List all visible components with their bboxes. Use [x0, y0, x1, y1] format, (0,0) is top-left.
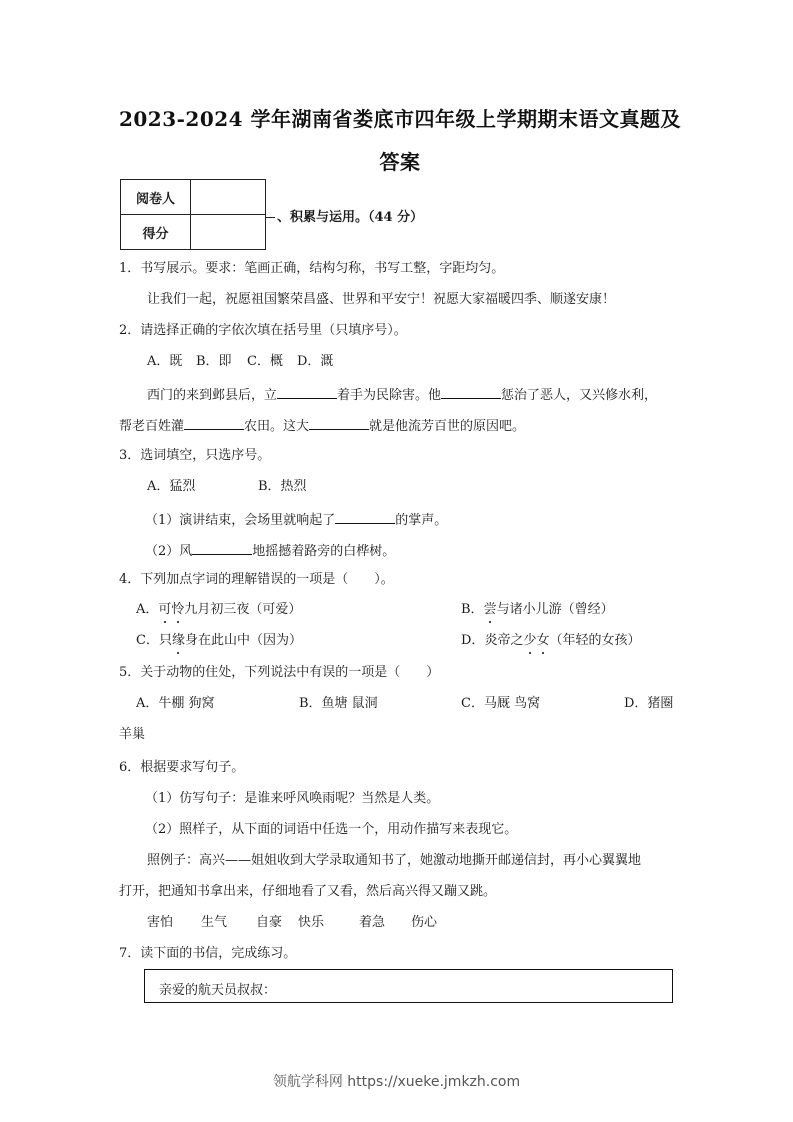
score-row-reviewer: 阅卷人 — [121, 180, 266, 215]
q4-c-prefix: C． — [136, 633, 159, 648]
q2-passage-line2: 帮老百姓灌农田。这大就是他流芳百世的原因吧。 — [119, 416, 525, 435]
q4-option-a: A．可怜九月初三夜（可爱） — [136, 602, 301, 618]
letter-box: 亲爱的航天员叔叔： — [144, 969, 673, 1003]
q6-sentence-2: （2）照样子，从下面的词语中任选一个，用动作描写来表现它。 — [145, 822, 517, 838]
q3-blank-2[interactable] — [192, 541, 252, 555]
q3-sentence-1: （1）演讲结束，会场里就响起了的掌声。 — [145, 510, 447, 529]
q5-prompt: 5．关于动物的住处，下列说法中有误的一项是（ ） — [119, 665, 439, 681]
q4-d-dotted-char-1: 少 — [523, 633, 536, 649]
q3-options: A．猛烈B．热烈 — [147, 479, 307, 495]
q2-text-2: 着手为民除害。他 — [337, 388, 441, 403]
q4-a-rest: 九月初三夜（可爱） — [184, 602, 301, 617]
q3-option-a: A．猛烈 — [147, 479, 258, 495]
q4-option-d: D．炎帝之少女（年轻的女孩） — [461, 633, 641, 649]
q6-word-5: 着急 — [359, 915, 411, 931]
q3-option-b: B．热烈 — [258, 479, 307, 495]
q4-a-dotted-char-2: 怜 — [171, 602, 184, 618]
q3-prompt: 3．选词填空，只选序号。 — [119, 448, 270, 464]
q6-example-line1: 照例子：高兴——姐姐收到大学录取通知书了，她激动地撕开邮递信封，再小心翼翼地 — [147, 853, 641, 869]
section-heading-text: 、积累与运用。（44 分） — [277, 210, 423, 225]
q2-prompt: 2．请选择正确的字依次填在括号里（只填序号）。 — [119, 323, 407, 339]
q5-option-d-wrap: 羊巢 — [119, 727, 145, 743]
document-title-line2: 答案 — [100, 146, 700, 175]
q2-option-c: C．概 — [247, 354, 297, 370]
q2-option-b: B．即 — [196, 354, 247, 370]
q4-c-rest: 身在此山中（因为） — [185, 633, 302, 648]
footer-watermark: 领航学科网 https://xueke.jmkzh.com — [0, 1071, 793, 1091]
q4-b-rest: 与诸小儿游（曾经） — [497, 602, 614, 617]
q1-text: 让我们一起，祝愿祖国繁荣昌盛、世界和平安宁！祝愿大家福暖四季、顺遂安康！ — [147, 292, 615, 308]
score-row-score: 得分 — [121, 215, 266, 250]
q2-text-4: 帮老百姓灌 — [119, 419, 184, 434]
q2-blank-4[interactable] — [309, 416, 369, 430]
q3-s2-text-b: 地摇撼着路旁的白桦树。 — [252, 544, 395, 559]
q5-option-b: B．鱼塘 鼠洞 — [299, 696, 461, 712]
q3-blank-1[interactable] — [335, 510, 395, 524]
q5-option-c: C．马厩 鸟窝 — [461, 696, 624, 712]
document-title-line1: 2023-2024 学年湖南省娄底市四年级上学期期末语文真题及 — [100, 103, 700, 132]
q3-sentence-2: （2）风地摇撼着路旁的白桦树。 — [145, 541, 395, 560]
q2-text-3: 惩治了恶人，又兴修水利， — [501, 388, 657, 403]
q2-blank-2[interactable] — [441, 385, 501, 399]
q4-d-dotted-char-2: 女 — [536, 633, 549, 649]
section-dash — [265, 217, 275, 218]
q5-option-d: D．猪圈 — [624, 696, 673, 712]
q2-blank-1[interactable] — [277, 385, 337, 399]
q2-text-5: 农田。这大 — [244, 419, 309, 434]
q4-d-pre: 炎帝之 — [484, 633, 523, 648]
q4-prompt: 4．下列加点字词的理解错误的一项是（ ）。 — [119, 572, 394, 588]
q4-c-pre: 只 — [159, 633, 172, 648]
section-heading: 、积累与运用。（44 分） — [265, 206, 423, 225]
q2-blank-3[interactable] — [184, 416, 244, 430]
q2-option-d: D．溉 — [297, 354, 333, 370]
q6-prompt: 6．根据要求写句子。 — [119, 760, 244, 776]
q4-b-prefix: B． — [461, 602, 484, 617]
q2-option-a: A．既 — [147, 354, 196, 370]
q5-option-a: A．牛棚 狗窝 — [136, 696, 299, 712]
reviewer-label: 阅卷人 — [121, 180, 191, 215]
letter-greeting: 亲爱的航天员叔叔： — [159, 979, 276, 998]
q5-options: A．牛棚 狗窝B．鱼塘 鼠洞C．马厩 鸟窝D．猪圈 — [136, 696, 673, 712]
q6-word-list: 害怕生气自豪快乐着急伤心 — [147, 915, 437, 931]
q2-text-1: 西门的来到邺县后，立 — [147, 388, 277, 403]
score-field[interactable] — [191, 215, 266, 250]
document-page: 2023-2024 学年湖南省娄底市四年级上学期期末语文真题及 答案 阅卷人 得… — [0, 0, 793, 1122]
q4-a-prefix: A． — [136, 602, 158, 617]
q4-c-dotted-char-1: 缘 — [172, 633, 185, 649]
q6-word-2: 生气 — [201, 915, 256, 931]
q2-options: A．既B．即C．概D．溉 — [147, 354, 333, 370]
q4-option-b: B．尝与诸小儿游（曾经） — [461, 602, 614, 618]
q4-d-prefix: D． — [461, 633, 484, 648]
q7-prompt: 7．读下面的书信，完成练习。 — [119, 946, 296, 962]
score-label: 得分 — [121, 215, 191, 250]
q3-s2-text-a: （2）风 — [145, 544, 192, 559]
q3-s1-text-b: 的掌声。 — [395, 513, 447, 528]
q6-sentence-1: （1）仿写句子：是谁来呼风唤雨呢？当然是人类。 — [145, 791, 439, 807]
q3-s1-text-a: （1）演讲结束，会场里就响起了 — [145, 513, 335, 528]
q2-text-6: 就是他流芳百世的原因吧。 — [369, 419, 525, 434]
score-table: 阅卷人 得分 — [120, 179, 266, 250]
q6-word-1: 害怕 — [147, 915, 201, 931]
q4-a-dotted-char-1: 可 — [158, 602, 171, 618]
reviewer-field[interactable] — [191, 180, 266, 215]
q6-example-line2: 打开，把通知书拿出来，仔细地看了又看，然后高兴得又蹦又跳。 — [119, 884, 496, 900]
q2-passage-line1: 西门的来到邺县后，立着手为民除害。他惩治了恶人，又兴修水利， — [147, 385, 657, 404]
q6-word-4: 快乐 — [298, 915, 359, 931]
q6-word-6: 伤心 — [411, 915, 437, 931]
q4-option-c: C．只缘身在此山中（因为） — [136, 633, 302, 649]
q6-word-3: 自豪 — [256, 915, 298, 931]
q4-d-rest: （年轻的女孩） — [549, 633, 640, 648]
q4-b-dotted-char-1: 尝 — [484, 602, 497, 618]
q1-prompt: 1．书写展示。要求：笔画正确，结构匀称，书写工整，字距均匀。 — [119, 261, 504, 277]
